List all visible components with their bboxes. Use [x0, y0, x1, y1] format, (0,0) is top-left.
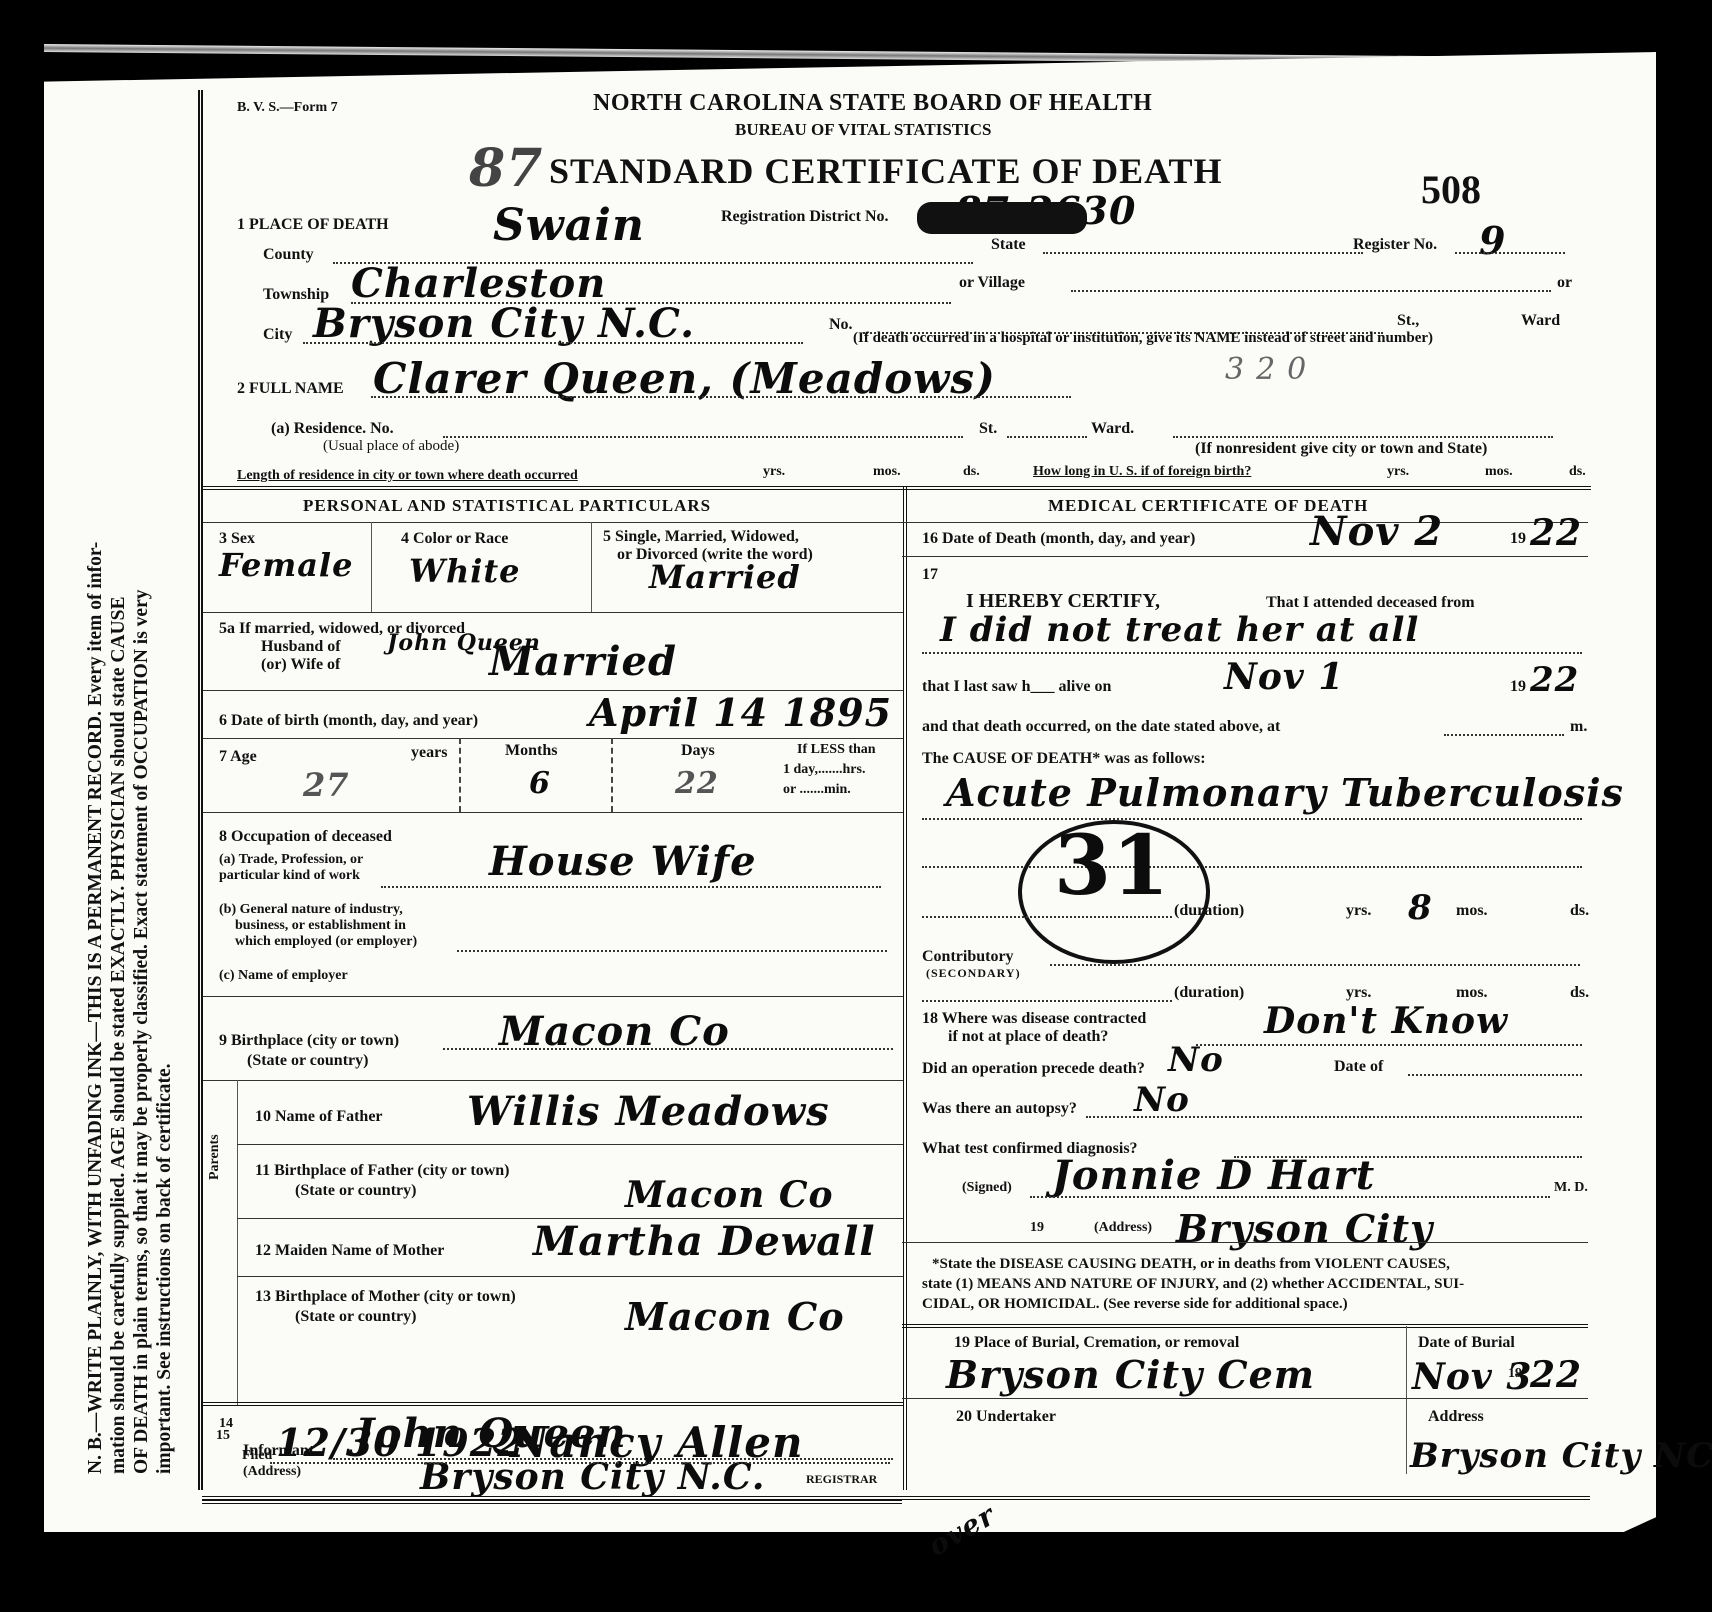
residence-st-line — [1007, 436, 1087, 438]
parents-bottom-rule — [203, 1402, 903, 1406]
divider — [237, 1080, 238, 1406]
register-no-line — [1455, 252, 1565, 254]
divider — [203, 1080, 903, 1081]
duration-line-left — [922, 916, 1172, 918]
spouse-label-3: (or) Wife of — [261, 656, 340, 674]
father-label: 10 Name of Father — [255, 1108, 383, 1126]
city-label: City — [263, 326, 292, 344]
marital-value: Married — [649, 558, 801, 596]
duration-mos-value: 8 — [1408, 888, 1433, 928]
residence-sub: (Usual place of abode) — [323, 438, 459, 455]
undertaker-label: 20 Undertaker — [956, 1408, 1056, 1426]
nonresident-note: (If nonresident give city or town and St… — [1195, 440, 1487, 458]
trade-line — [381, 886, 881, 888]
filed-num: 15 — [216, 1428, 230, 1444]
duration-ds: ds. — [1570, 902, 1589, 920]
physician-address-label: (Address) — [1094, 1220, 1152, 1236]
place-of-death-label: 1 PLACE OF DEATH — [237, 216, 389, 234]
or-label: or — [1557, 274, 1572, 292]
contributory-label: Contributory — [922, 948, 1014, 966]
residence-label: (a) Residence. No. — [271, 420, 394, 438]
full-name-label: 2 FULL NAME — [237, 380, 344, 398]
burial-place-label: 19 Place of Burial, Cremation, or remova… — [954, 1334, 1239, 1352]
less-than-label-2: 1 day,.......hrs. — [783, 762, 865, 778]
column-divider — [903, 486, 907, 1490]
cause-label: The CAUSE OF DEATH* was as follows: — [922, 750, 1206, 768]
burial-date-label: Date of Burial — [1418, 1334, 1515, 1352]
birthplace-sub: (State or country) — [247, 1052, 368, 1070]
industry-line — [457, 950, 887, 952]
village-line — [1071, 290, 1551, 292]
birthplace-label: 9 Birthplace (city or town) — [219, 1032, 399, 1050]
secondary-duration-label: (duration) — [1174, 984, 1244, 1002]
age-months-label: Months — [505, 742, 557, 760]
residence-line — [443, 436, 963, 438]
m-label: m. — [1570, 718, 1587, 736]
residence-st-label: St. — [979, 420, 997, 438]
name-annotation: 320 — [1225, 352, 1318, 387]
contributory-line — [1050, 964, 1580, 966]
divider — [203, 738, 903, 739]
personal-heading: PERSONAL AND STATISTICAL PARTICULARS — [303, 496, 711, 516]
occupation-label: 8 Occupation of deceased — [219, 828, 392, 846]
divider — [611, 738, 613, 812]
secondary-label: (SECONDARY) — [926, 966, 1021, 981]
secondary-ds: ds. — [1570, 984, 1589, 1002]
reg-district-redaction — [917, 202, 1087, 234]
register-no-value: 9 — [1479, 218, 1506, 263]
age-months-value: 6 — [529, 766, 551, 801]
trade-label-1: (a) Trade, Profession, or — [219, 852, 363, 868]
duration-mos: mos. — [1456, 902, 1488, 920]
dod-year: 22 — [1530, 512, 1582, 554]
sex-value: Female — [219, 546, 353, 584]
burial-year: 22 — [1530, 1354, 1582, 1396]
marital-label-1: 5 Single, Married, Widowed, — [603, 528, 799, 546]
hospital-note: (If death occurred in a hospital or inst… — [853, 330, 1433, 347]
contracted-label-2: if not at place of death? — [948, 1028, 1108, 1046]
last-saw-year-prefix: 19 — [1510, 678, 1526, 696]
divider — [902, 556, 1588, 557]
form-id: B. V. S.—Form 7 — [237, 100, 338, 116]
industry-label-3: which employed (or employer) — [235, 934, 417, 950]
foreign-yrs: yrs. — [1387, 464, 1409, 480]
contracted-label-1: 18 Where was disease contracted — [922, 1010, 1146, 1028]
spouse-extra: Married — [489, 638, 677, 685]
mother-birthplace-value: Macon Co — [625, 1294, 845, 1339]
instructions-line-3: OF DEATH in plain terms, so that it may … — [130, 84, 153, 1474]
industry-label-2: business, or establishment in — [235, 918, 406, 934]
state-line — [1043, 252, 1363, 254]
age-label: 7 Age — [219, 748, 257, 766]
autopsy-label: Was there an autopsy? — [922, 1100, 1077, 1118]
register-no-label: Register No. — [1353, 236, 1437, 254]
death-occurred-label: and that death occurred, on the date sta… — [922, 718, 1280, 736]
birthplace-line — [443, 1048, 893, 1050]
dob-value: April 14 1895 — [589, 690, 892, 735]
dod-label: 16 Date of Death (month, day, and year) — [922, 530, 1195, 548]
burial-address-value: Bryson City NC — [1410, 1436, 1712, 1476]
dob-label: 6 Date of birth (month, day, and year) — [219, 712, 478, 730]
mother-birthplace-label: 13 Birthplace of Mother (city or town) — [255, 1288, 516, 1306]
divider — [203, 612, 903, 613]
circled-code: 31 — [1054, 818, 1170, 914]
operation-date-line — [1408, 1074, 1582, 1076]
signed-label: (Signed) — [962, 1180, 1012, 1196]
county-value: Swain — [493, 200, 645, 251]
cause-line-1 — [922, 818, 1582, 820]
agency-title: NORTH CAROLINA STATE BOARD OF HEALTH — [593, 90, 1152, 117]
divider — [1406, 1326, 1407, 1474]
burial-address-label: Address — [1428, 1408, 1484, 1426]
instructions-line-2: mation should be carefully supplied. AGE… — [107, 84, 130, 1474]
bureau-title: BUREAU OF VITAL STATISTICS — [735, 120, 992, 140]
trade-label-2: particular kind of work — [219, 868, 360, 884]
father-value: Willis Meadows — [467, 1088, 830, 1135]
father-birthplace-sub: (State or country) — [295, 1182, 416, 1200]
divider — [203, 812, 903, 813]
residence-ward-line — [1173, 436, 1553, 438]
last-saw-value: Nov 1 — [1224, 656, 1344, 698]
trade-value: House Wife — [489, 838, 757, 885]
duration-yrs: yrs. — [1346, 902, 1371, 920]
divider — [237, 1144, 903, 1145]
autopsy-line — [1086, 1116, 1582, 1118]
father-birthplace-label: 11 Birthplace of Father (city or town) — [255, 1162, 509, 1180]
last-saw-label: that I last saw h___ alive on — [922, 678, 1111, 696]
spouse-label-2: Husband of — [261, 638, 341, 656]
residence-ward-label: Ward. — [1091, 420, 1134, 438]
parents-label: Parents — [207, 1134, 223, 1180]
street-no-label: No. — [829, 316, 853, 334]
margin-mark: 87 — [469, 138, 543, 199]
divider — [237, 1276, 903, 1277]
divider — [459, 738, 461, 812]
mother-birthplace-sub: (State or country) — [295, 1308, 416, 1326]
autopsy-value: No — [1134, 1080, 1190, 1120]
instructions-line-1: N. B.—WRITE PLAINLY, WITH UNFADING INK—T… — [84, 84, 107, 1474]
age-years-label: years — [411, 744, 447, 762]
header-divider — [203, 486, 1591, 490]
operation-date-label: Date of — [1334, 1058, 1383, 1076]
cause-value: Acute Pulmonary Tuberculosis — [946, 770, 1624, 815]
full-name-line — [371, 396, 1071, 398]
county-label: County — [263, 246, 314, 264]
race-value: White — [409, 552, 521, 590]
informant-bottom-rule — [202, 1500, 902, 1504]
race-label: 4 Color or Race — [401, 530, 508, 548]
filed-label: Filed — [242, 1448, 272, 1464]
foreign-ds: ds. — [1569, 464, 1586, 480]
divider — [203, 996, 903, 997]
cause-line-2 — [922, 866, 1582, 868]
length-ds: ds. — [963, 464, 980, 480]
reg-district-label: Registration District No. — [721, 208, 889, 226]
length-mos: mos. — [873, 464, 901, 480]
operation-value: No — [1168, 1040, 1224, 1080]
divider — [371, 522, 372, 612]
foreign-birth-label: How long in U. S. if of foreign birth? — [1033, 464, 1251, 480]
duration-label: (duration) — [1174, 902, 1244, 920]
state-label: State — [991, 236, 1026, 254]
last-saw-year: 22 — [1530, 660, 1579, 700]
industry-label-1: (b) General nature of industry, — [219, 902, 403, 918]
divider — [203, 522, 903, 523]
city-line — [303, 342, 803, 344]
contracted-line — [1196, 1044, 1582, 1046]
contracted-value: Don't Know — [1264, 1000, 1508, 1042]
foreign-mos: mos. — [1485, 464, 1513, 480]
instructions-line-4: important. See instructions on back of c… — [153, 84, 176, 1474]
attended-line — [922, 652, 1582, 654]
city-st-label: St., — [1397, 312, 1419, 330]
md-label: M. D. — [1554, 1180, 1588, 1196]
medical-bottom-rule — [902, 1324, 1588, 1328]
age-days-label: Days — [681, 742, 715, 760]
dod-value: Nov 2 — [1310, 508, 1443, 555]
divider — [902, 1242, 1588, 1243]
city-ward-label: Ward — [1521, 312, 1560, 330]
mother-value: Martha Dewall — [533, 1218, 876, 1265]
burial-year-prefix: 19 — [1508, 1366, 1522, 1382]
form-bottom-rule — [202, 1496, 1590, 1500]
signed-line — [1030, 1196, 1550, 1198]
dod-year-prefix: 19 — [1510, 530, 1526, 548]
footnote-1: *State the DISEASE CAUSING DEATH, or in … — [932, 1256, 1450, 1273]
father-birthplace-value: Macon Co — [625, 1174, 833, 1216]
divider — [902, 1398, 1588, 1399]
length-yrs: yrs. — [763, 464, 785, 480]
registrar-value: Nancy Allen — [510, 1418, 804, 1467]
age-years-value: 27 — [303, 766, 350, 804]
mother-label: 12 Maiden Name of Mother — [255, 1242, 444, 1260]
certificate-title: STANDARD CERTIFICATE OF DEATH — [549, 150, 1222, 192]
employer-label: (c) Name of employer — [219, 968, 348, 984]
operation-label: Did an operation precede death? — [922, 1060, 1145, 1078]
signed-value: Jonnie D Hart — [1052, 1152, 1375, 1199]
address-year-label: 19 — [1030, 1220, 1044, 1236]
divider — [591, 522, 592, 612]
filed-value: 12/30 1922 — [276, 1420, 525, 1465]
less-than-label-3: or .......min. — [783, 782, 851, 798]
length-residence-label: Length of residence in city or town wher… — [237, 468, 578, 484]
death-time-line — [1444, 734, 1564, 736]
footnote-2: state (1) MEANS AND NATURE OF INJURY, an… — [922, 1276, 1464, 1293]
secondary-duration-line — [922, 1000, 1172, 1002]
physician-address-value: Bryson City — [1176, 1206, 1433, 1251]
filed-line — [270, 1462, 890, 1464]
less-than-label-1: If LESS than — [797, 742, 876, 758]
footnote-3: CIDAL, OR HOMICIDAL. (See reverse side f… — [922, 1296, 1348, 1313]
item-17: 17 — [922, 566, 938, 584]
registrar-label: REGISTRAR — [806, 1472, 877, 1487]
attended-value: I did not treat her at all — [940, 610, 1419, 650]
burial-place-value: Bryson City Cem — [946, 1352, 1315, 1397]
instructions-sidebar: N. B.—WRITE PLAINLY, WITH UNFADING INK—T… — [84, 84, 184, 1474]
stamp-number: 508 — [1421, 166, 1481, 213]
city-value: Bryson City N.C. — [313, 300, 695, 347]
age-days-value: 22 — [675, 766, 719, 801]
divider — [902, 522, 1588, 523]
village-label: or Village — [959, 274, 1025, 292]
informant-address-label: (Address) — [243, 1464, 301, 1480]
